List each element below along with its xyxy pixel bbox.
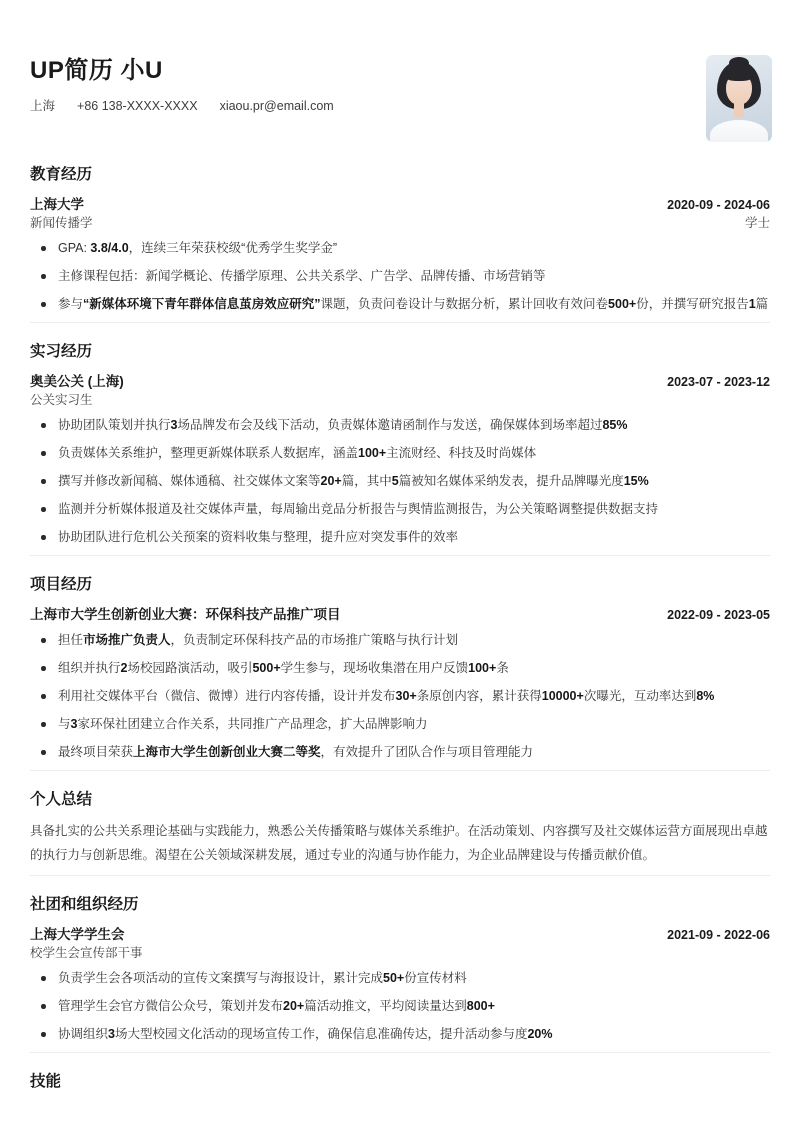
bullet-text: 负责学生会各项活动的宣传文案撰写与海报设计，累计完成50+份宣传材料 [58, 971, 467, 985]
entry-subheader: 公关实习生 [30, 392, 770, 409]
resume-section: 社团和组织经历 上海大学学生会 2021-09 - 2022-06 校学生会宣传… [30, 875, 770, 1044]
entry-subheader: 新闻传播学 学士 [30, 215, 770, 232]
bullet-dot-icon [41, 451, 46, 456]
resume-entry: 上海大学学生会 2021-09 - 2022-06 校学生会宣传部干事 负责学生… [30, 926, 770, 1044]
section-body: 上海大学学生会 2021-09 - 2022-06 校学生会宣传部干事 负责学生… [30, 926, 770, 1044]
entry-role: 公关实习生 [30, 392, 93, 409]
entry-date: 2022-09 - 2023-05 [667, 606, 770, 624]
bullet-item: 与3家环保社团建立合作关系，共同推广产品理念，扩大品牌影响力 [30, 714, 770, 734]
bullet-text: 组织并执行2场校园路演活动，吸引500+学生参与，现场收集潜在用户反馈100+条 [58, 661, 509, 675]
bullet-item: 担任市场推广负责人，负责制定环保科技产品的市场推广策略与执行计划 [30, 630, 770, 650]
entry-header: 上海市大学生创新创业大赛：环保科技产品推广项目 2022-09 - 2023-0… [30, 606, 770, 624]
section-body: 上海市大学生创新创业大赛：环保科技产品推广项目 2022-09 - 2023-0… [30, 606, 770, 762]
entry-name: 奥美公关 (上海) [30, 373, 124, 391]
entry-name: 上海大学 [30, 196, 84, 214]
bullet-item: 协调组织3场大型校园文化活动的现场宣传工作，确保信息准确传达，提升活动参与度20… [30, 1024, 770, 1044]
resume-section: 技能 [30, 1052, 770, 1092]
bullet-list: 协助团队策划并执行3场品牌发布会及线下活动，负责媒体邀请函制作与发送，确保媒体到… [30, 415, 770, 547]
entry-role: 校学生会宣传部干事 [30, 945, 143, 962]
bullet-item: 撰写并修改新闻稿、媒体通稿、社交媒体文案等20+篇，其中5篇被知名媒体采纳发表，… [30, 471, 770, 491]
entry-date: 2023-07 - 2023-12 [667, 373, 770, 391]
resume-entry: 奥美公关 (上海) 2023-07 - 2023-12 公关实习生 协助团队策划… [30, 373, 770, 547]
bullet-text: 利用社交媒体平台（微信、微博）进行内容传播，设计并发布30+条原创内容，累计获得… [58, 689, 714, 703]
entry-degree: 学士 [745, 215, 770, 232]
photo-neck [734, 103, 744, 117]
bullet-item: GPA: 3.8/4.0，连续三年荣获校级“优秀学生奖学金” [30, 238, 770, 258]
bullet-text: 担任市场推广负责人，负责制定环保科技产品的市场推广策略与执行计划 [58, 633, 458, 647]
photo-bangs [725, 70, 753, 81]
bullet-item: 监测并分析媒体报道及社交媒体声量，每周输出竞品分析报告与舆情监测报告，为公关策略… [30, 499, 770, 519]
section-title: 项目经历 [30, 575, 770, 595]
resume-section: 教育经历 上海大学 2020-09 - 2024-06 新闻传播学 学士 GPA… [30, 165, 770, 314]
contact-item: +86 138-XXXX-XXXX [77, 98, 198, 115]
resume-entry: 上海大学 2020-09 - 2024-06 新闻传播学 学士 GPA: 3.8… [30, 196, 770, 314]
bullet-item: 最终项目荣获上海市大学生创新创业大赛二等奖，有效提升了团队合作与项目管理能力 [30, 742, 770, 762]
resume-sections: 教育经历 上海大学 2020-09 - 2024-06 新闻传播学 学士 GPA… [30, 165, 770, 1092]
bullet-dot-icon [41, 722, 46, 727]
bullet-dot-icon [41, 666, 46, 671]
bullet-dot-icon [41, 976, 46, 981]
bullet-text: GPA: 3.8/4.0，连续三年荣获校级“优秀学生奖学金” [58, 241, 337, 255]
contact-row: 上海+86 138-XXXX-XXXXxiaou.pr@email.com [30, 98, 770, 115]
bullet-dot-icon [41, 694, 46, 699]
bullet-dot-icon [41, 1004, 46, 1009]
entry-subheader: 校学生会宣传部干事 [30, 945, 770, 962]
profile-photo [706, 55, 772, 142]
bullet-item: 利用社交媒体平台（微信、微博）进行内容传播，设计并发布30+条原创内容，累计获得… [30, 686, 770, 706]
resume-section: 项目经历 上海市大学生创新创业大赛：环保科技产品推广项目 2022-09 - 2… [30, 555, 770, 762]
bullet-dot-icon [41, 638, 46, 643]
bullet-item: 组织并执行2场校园路演活动，吸引500+学生参与，现场收集潜在用户反馈100+条 [30, 658, 770, 678]
bullet-dot-icon [41, 750, 46, 755]
entry-name: 上海大学学生会 [30, 926, 125, 944]
section-title: 技能 [30, 1072, 770, 1092]
bullet-item: 负责媒体关系维护，整理更新媒体联系人数据库，涵盖100+主流财经、科技及时尚媒体 [30, 443, 770, 463]
bullet-text: 负责媒体关系维护，整理更新媒体联系人数据库，涵盖100+主流财经、科技及时尚媒体 [58, 446, 536, 460]
bullet-item: 协助团队策划并执行3场品牌发布会及线下活动，负责媒体邀请函制作与发送，确保媒体到… [30, 415, 770, 435]
resume-section: 实习经历 奥美公关 (上海) 2023-07 - 2023-12 公关实习生 协… [30, 322, 770, 547]
bullet-text: 与3家环保社团建立合作关系，共同推广产品理念，扩大品牌影响力 [58, 717, 427, 731]
bullet-item: 协助团队进行危机公关预案的资料收集与整理，提升应对突发事件的效率 [30, 527, 770, 547]
entry-header: 上海大学学生会 2021-09 - 2022-06 [30, 926, 770, 944]
bullet-list: GPA: 3.8/4.0，连续三年荣获校级“优秀学生奖学金”主修课程包括：新闻学… [30, 238, 770, 314]
bullet-list: 担任市场推广负责人，负责制定环保科技产品的市场推广策略与执行计划组织并执行2场校… [30, 630, 770, 762]
bullet-dot-icon [41, 246, 46, 251]
contact-item: 上海 [30, 98, 55, 115]
resume-section: 个人总结 具备扎实的公共关系理论基础与实践能力，熟悉公关传播策略与媒体关系维护。… [30, 770, 770, 867]
section-title: 社团和组织经历 [30, 895, 770, 915]
section-body: 上海大学 2020-09 - 2024-06 新闻传播学 学士 GPA: 3.8… [30, 196, 770, 314]
bullet-dot-icon [41, 302, 46, 307]
photo-blazer [710, 120, 768, 142]
bullet-dot-icon [41, 1032, 46, 1037]
bullet-dot-icon [41, 274, 46, 279]
entry-role: 新闻传播学 [30, 215, 93, 232]
entry-header: 奥美公关 (上海) 2023-07 - 2023-12 [30, 373, 770, 391]
bullet-text: 管理学生会官方微信公众号，策划并发布20+篇活动推文，平均阅读量达到800+ [58, 999, 495, 1013]
contact-item: xiaou.pr@email.com [220, 98, 334, 115]
candidate-name: UP简历 小U [30, 58, 770, 84]
bullet-dot-icon [41, 423, 46, 428]
entry-date: 2020-09 - 2024-06 [667, 196, 770, 214]
bullet-dot-icon [41, 535, 46, 540]
resume-header: UP简历 小U 上海+86 138-XXXX-XXXXxiaou.pr@emai… [30, 58, 770, 115]
summary-paragraph: 具备扎实的公共关系理论基础与实践能力，熟悉公关传播策略与媒体关系维护。在活动策划… [30, 819, 770, 867]
entry-date: 2021-09 - 2022-06 [667, 926, 770, 944]
bullet-item: 负责学生会各项活动的宣传文案撰写与海报设计，累计完成50+份宣传材料 [30, 968, 770, 988]
bullet-text: 协助团队策划并执行3场品牌发布会及线下活动，负责媒体邀请函制作与发送，确保媒体到… [58, 418, 628, 432]
bullet-text: 监测并分析媒体报道及社交媒体声量，每周输出竞品分析报告与舆情监测报告，为公关策略… [58, 502, 658, 516]
resume-entry: 上海市大学生创新创业大赛：环保科技产品推广项目 2022-09 - 2023-0… [30, 606, 770, 762]
bullet-text: 撰写并修改新闻稿、媒体通稿、社交媒体文案等20+篇，其中5篇被知名媒体采纳发表，… [58, 474, 649, 488]
bullet-list: 负责学生会各项活动的宣传文案撰写与海报设计，累计完成50+份宣传材料管理学生会官… [30, 968, 770, 1044]
bullet-dot-icon [41, 479, 46, 484]
bullet-item: 参与“新媒体环境下青年群体信息茧房效应研究”课题，负责问卷设计与数据分析，累计回… [30, 294, 770, 314]
bullet-text: 主修课程包括：新闻学概论、传播学原理、公共关系学、广告学、品牌传播、市场营销等 [58, 269, 546, 283]
resume-page: UP简历 小U 上海+86 138-XXXX-XXXXxiaou.pr@emai… [0, 0, 800, 1130]
bullet-text: 最终项目荣获上海市大学生创新创业大赛二等奖，有效提升了团队合作与项目管理能力 [58, 745, 533, 759]
section-title: 个人总结 [30, 790, 770, 810]
entry-name: 上海市大学生创新创业大赛：环保科技产品推广项目 [30, 606, 341, 624]
section-title: 实习经历 [30, 342, 770, 362]
entry-header: 上海大学 2020-09 - 2024-06 [30, 196, 770, 214]
section-title: 教育经历 [30, 165, 770, 185]
bullet-text: 参与“新媒体环境下青年群体信息茧房效应研究”课题，负责问卷设计与数据分析，累计回… [58, 297, 768, 311]
bullet-text: 协助团队进行危机公关预案的资料收集与整理，提升应对突发事件的效率 [58, 530, 458, 544]
bullet-dot-icon [41, 507, 46, 512]
section-body: 具备扎实的公共关系理论基础与实践能力，熟悉公关传播策略与媒体关系维护。在活动策划… [30, 819, 770, 867]
bullet-item: 管理学生会官方微信公众号，策划并发布20+篇活动推文，平均阅读量达到800+ [30, 996, 770, 1016]
bullet-item: 主修课程包括：新闻学概论、传播学原理、公共关系学、广告学、品牌传播、市场营销等 [30, 266, 770, 286]
bullet-text: 协调组织3场大型校园文化活动的现场宣传工作，确保信息准确传达，提升活动参与度20… [58, 1027, 553, 1041]
section-body: 奥美公关 (上海) 2023-07 - 2023-12 公关实习生 协助团队策划… [30, 373, 770, 547]
